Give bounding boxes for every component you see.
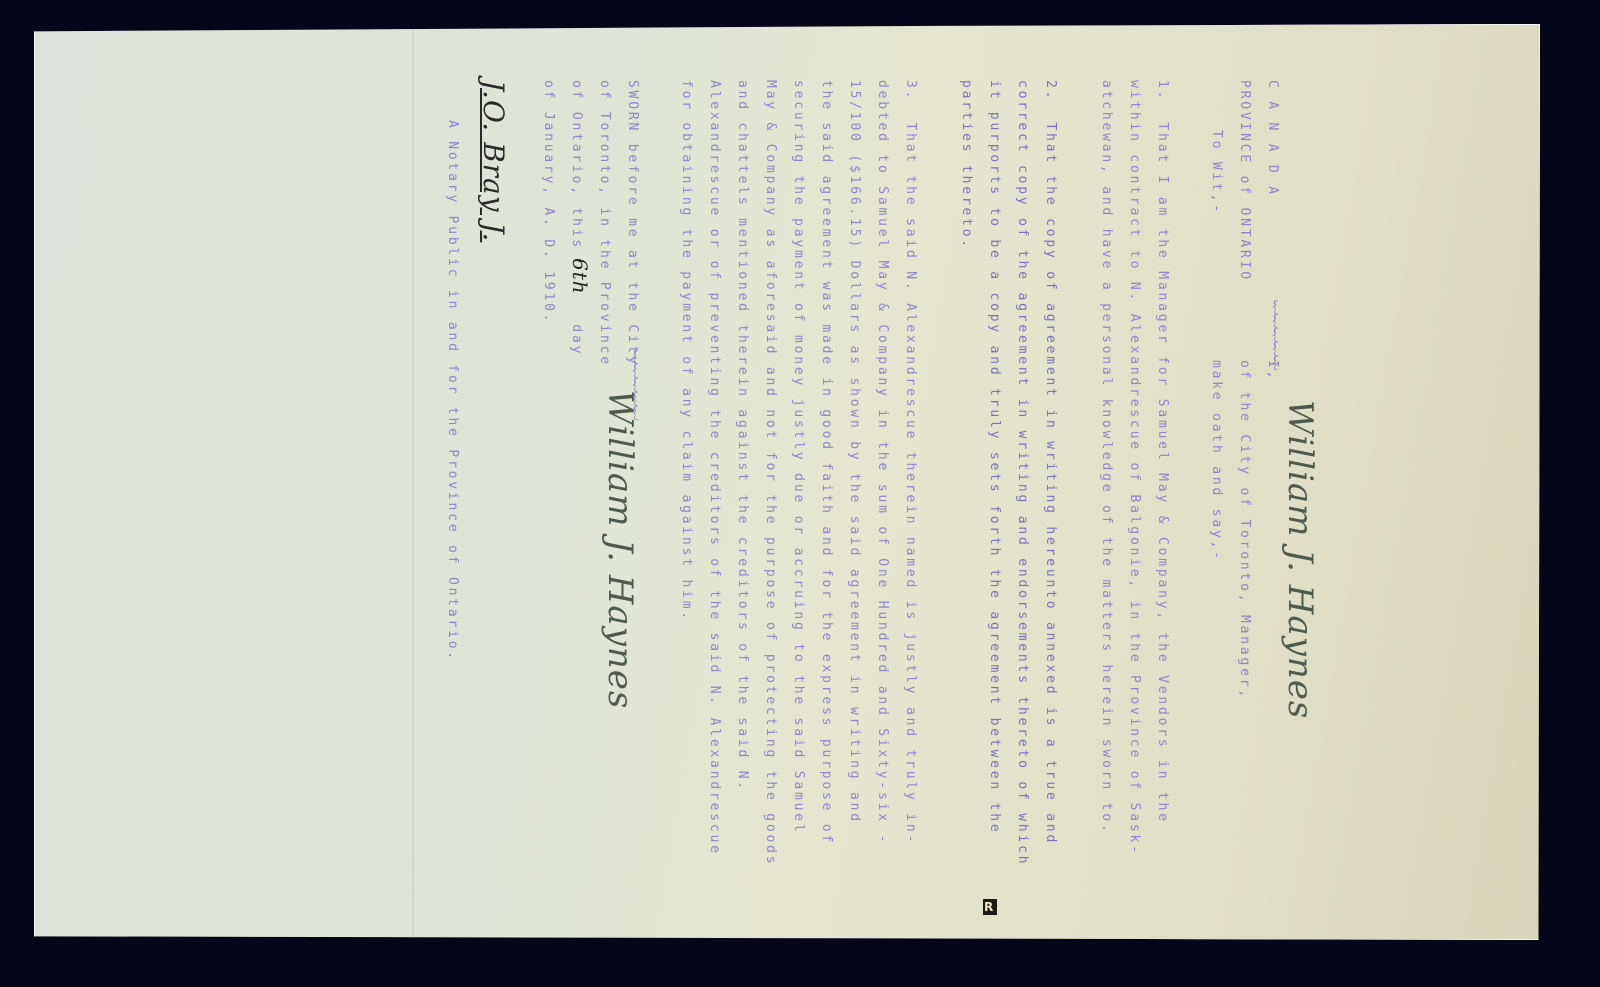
deponent-signature-jurat: William J. Haynes [600, 390, 640, 709]
para3-line5: securing the payment of money justly due… [791, 80, 806, 835]
notary-signature: J.O. Bray J. [477, 80, 510, 242]
stamp-mark: R [983, 899, 997, 915]
para3-line1: 3. That the said N. Alexandrescue therei… [903, 80, 918, 845]
header-country: C A N A D A [1265, 80, 1280, 197]
para1-line3: atchewan, and have a personal knowledge … [1099, 80, 1114, 835]
rotated-affidavit-text: C A N A D A PROVINCE of ONTARIO To Wit,-… [260, 60, 1280, 920]
para2-line4: parties thereto. [959, 80, 974, 250]
para3-line8: Alexandrescue or of preventing the credi… [707, 80, 722, 856]
jurat-line1: SWORN before me at the City [625, 80, 640, 367]
header-to-wit: To Wit,- [1209, 130, 1224, 215]
handwritten-day: 6th [568, 258, 592, 295]
para2-line3: it purports to be a copy and truly sets … [987, 80, 1002, 835]
para1-line2: within contract to N. Alexandrescue of B… [1127, 80, 1142, 856]
para1-line1: 1. That I am the Manager for Samuel May … [1155, 80, 1170, 824]
para3-line2: debted to Samuel May & Company in the su… [875, 80, 890, 845]
para3-line7: and chattels mentioned therein against t… [735, 80, 750, 792]
para3-line9: for obtaining the payment of any claim a… [679, 80, 694, 622]
para3-line6: May & Company as aforesaid and not for t… [763, 80, 778, 866]
jurat-line2: of Toronto, in the Province [597, 80, 612, 367]
opening-oath: make oath and say,- [1209, 360, 1224, 562]
deponent-signature-top: William J. Haynes [1280, 400, 1320, 719]
para3-line3: 15/100 ($166.15) Dollars as shown by the… [847, 80, 862, 824]
header-province: PROVINCE of ONTARIO [1237, 80, 1252, 282]
para2-line2: correct copy of the agreement in writing… [1015, 80, 1030, 866]
jurat-line3: of Ontario, this day [569, 80, 584, 356]
opening-city: of the City of Toronto, Manager, [1237, 360, 1252, 700]
jurat-line4: of January, A. D. 1910. [541, 80, 556, 324]
para3-line4: the said agreement was made in good fait… [819, 80, 834, 845]
para2-line1: 2. That the copy of agreement in writing… [1043, 80, 1058, 845]
notary-caption: A Notary Public in and for the Province … [445, 120, 460, 662]
opening-i: I, [1265, 360, 1280, 381]
